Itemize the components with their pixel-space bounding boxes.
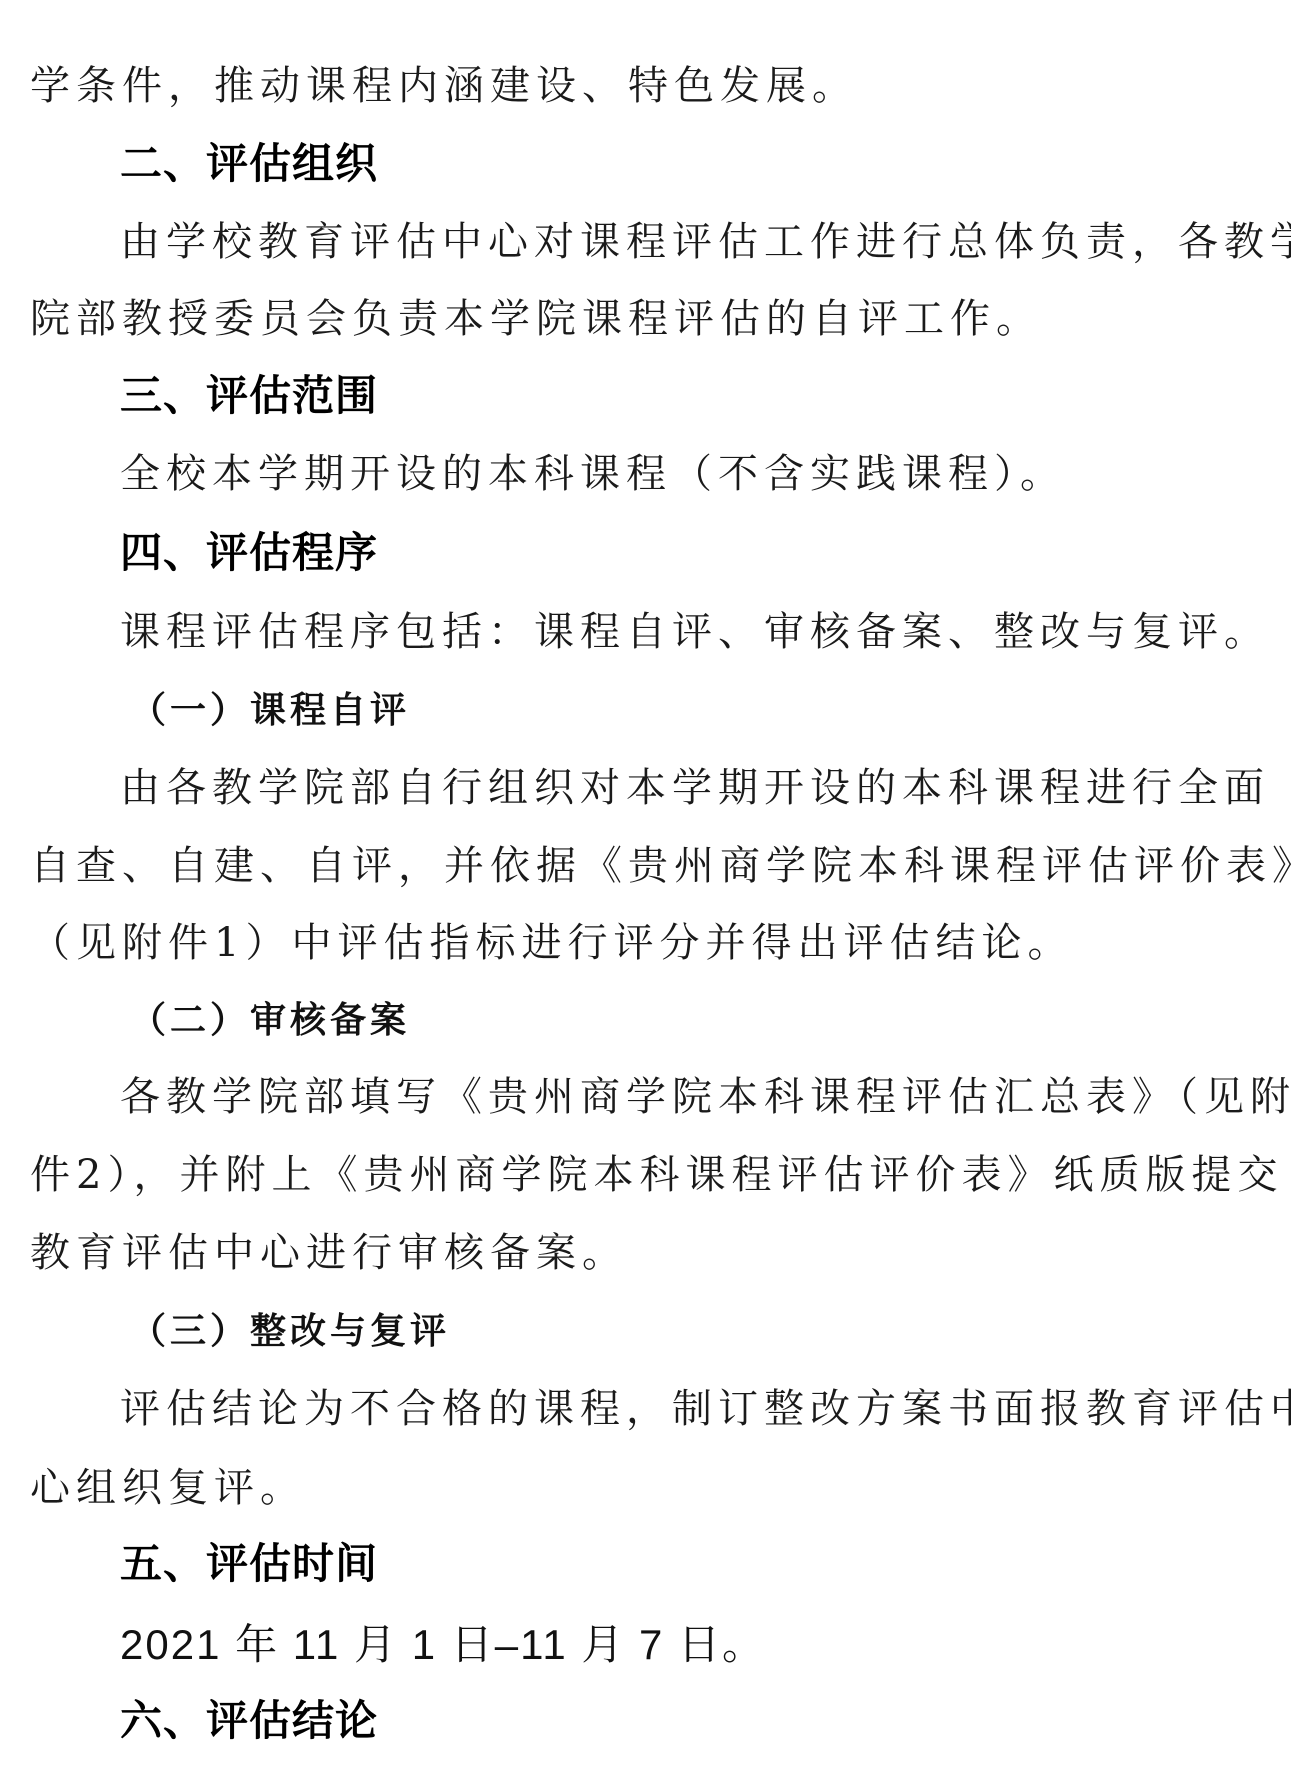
paragraph-line: （见附件1）中评估指标进行评分并得出评估结论。: [30, 923, 1073, 963]
section-heading-conclusion: 六、评估结论: [120, 1700, 378, 1742]
paragraph-line: 自查、自建、自评，并依据《贵州商学院本科课程评估评价表》: [30, 846, 1291, 886]
paragraph-line: 课程评估程序包括：课程自评、审核备案、整改与复评。: [120, 612, 1270, 652]
paragraph-line: 各教学院部填写《贵州商学院本科课程评估汇总表》（见附: [120, 1077, 1291, 1117]
subheading-self-evaluation: （一）课程自评: [130, 692, 410, 728]
evaluation-date-range: 2021 年 11 月 1 日–11 月 7 日。: [120, 1624, 766, 1666]
paragraph-line: 学条件，推动课程内涵建设、特色发展。: [30, 66, 858, 106]
paragraph-line: 心组织复评。: [30, 1468, 306, 1508]
section-heading-time: 五、评估时间: [120, 1543, 378, 1585]
subheading-review-filing: （二）审核备案: [130, 1002, 410, 1038]
section-heading-procedure: 四、评估程序: [120, 532, 378, 574]
paragraph-line: 教育评估中心进行审核备案。: [30, 1233, 628, 1273]
paragraph-line: 件2），并附上《贵州商学院本科课程评估评价表》纸质版提交: [30, 1155, 1283, 1195]
paragraph-line: 院部教授委员会负责本学院课程评估的自评工作。: [30, 299, 1042, 339]
section-heading-scope: 三、评估范围: [120, 375, 378, 417]
section-heading-organization: 二、评估组织: [120, 143, 378, 185]
paragraph-line: 由学校教育评估中心对课程评估工作进行总体负责，各教学: [120, 222, 1291, 262]
paragraph-line: 全校本学期开设的本科课程（不含实践课程）。: [120, 454, 1066, 494]
paragraph-line: 评估结论为不合格的课程，制订整改方案书面报教育评估中: [120, 1389, 1291, 1429]
paragraph-line: 由各教学院部自行组织对本学期开设的本科课程进行全面: [120, 768, 1270, 808]
subheading-rectification: （三）整改与复评: [130, 1313, 450, 1349]
